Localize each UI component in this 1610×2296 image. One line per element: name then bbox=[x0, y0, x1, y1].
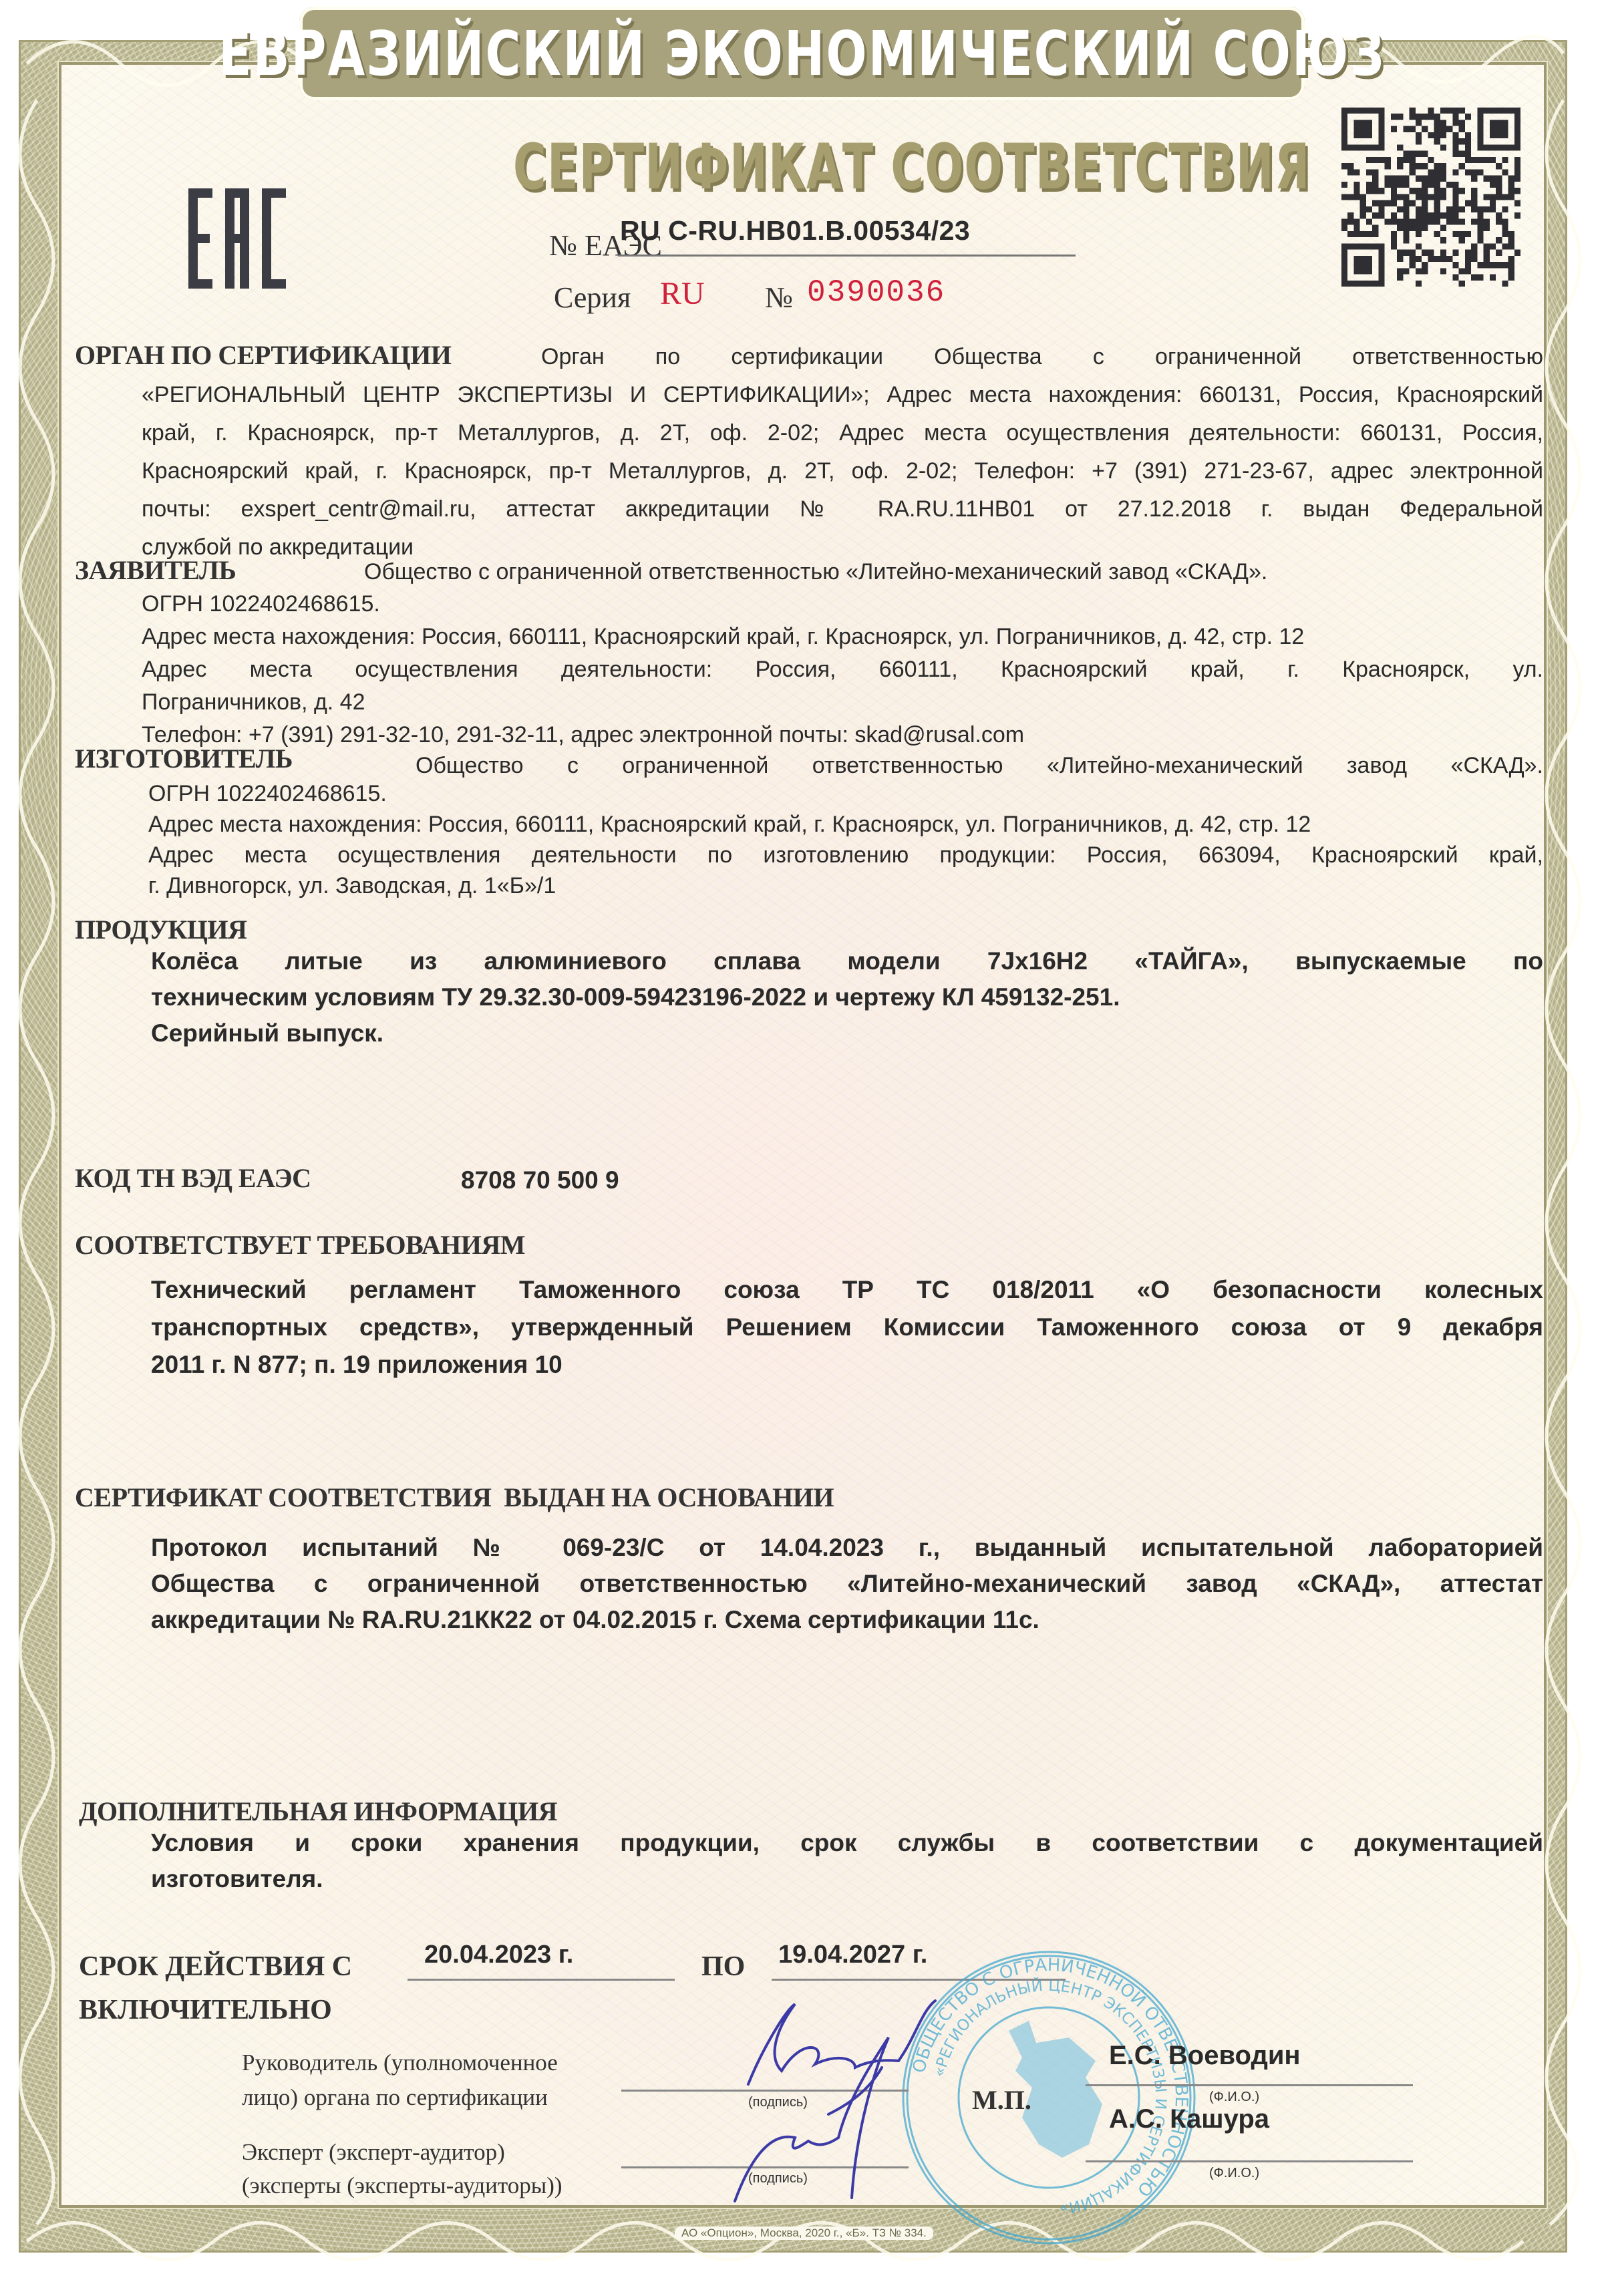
eac-letter-e bbox=[188, 188, 212, 289]
union-title: ЕВРАЗИЙСКИЙ ЭКОНОМИЧЕСКИЙ СОЮЗ bbox=[218, 18, 1386, 90]
series-value: RU bbox=[660, 275, 705, 312]
additional-info-heading: ДОПОЛНИТЕЛЬНАЯ ИНФОРМАЦИЯ bbox=[79, 1796, 557, 1827]
head-label-line1: Руководитель (уполномоченное bbox=[242, 2045, 558, 2080]
requirements-text: Технический регламент Таможенного союза … bbox=[151, 1271, 1543, 1383]
head-name: Е.С. Воеводин bbox=[1109, 2041, 1301, 2071]
manufacturer-details: ОГРН 1022402468615. Адрес места нахожден… bbox=[148, 778, 1543, 901]
certification-body-text: «РЕГИОНАЛЬНЫЙ ЦЕНТР ЭКСПЕРТИЗЫ И СЕРТИФИ… bbox=[142, 376, 1543, 566]
validity-to-label: ПО bbox=[701, 1951, 745, 1983]
series-label: Серия bbox=[554, 281, 631, 315]
head-label-line2: лицо) органа по сертификации bbox=[242, 2080, 548, 2115]
expert-name: А.С. Кашура bbox=[1109, 2104, 1269, 2134]
product-description: Колёса литые из алюминиевого сплава моде… bbox=[151, 943, 1543, 1051]
blank-number-value: 0390036 bbox=[807, 275, 945, 310]
hs-code-heading: КОД ТН ВЭД ЕАЭС bbox=[75, 1162, 311, 1194]
product-heading: ПРОДУКЦИЯ bbox=[75, 914, 247, 945]
head-name-line bbox=[1086, 2084, 1413, 2086]
eac-letter-c bbox=[262, 188, 286, 289]
expert-label-line2: (эксперты (эксперты-аудиторы)) bbox=[242, 2168, 562, 2203]
validity-from-underline bbox=[408, 1979, 675, 1981]
blank-number-label: № bbox=[765, 281, 793, 315]
validity-from-label: СРОК ДЕЙСТВИЯ С bbox=[79, 1951, 352, 1983]
applicant-details: ОГРН 1022402468615. Адрес места нахожден… bbox=[142, 588, 1543, 752]
validity-from-date: 20.04.2023 г. bbox=[424, 1941, 573, 1969]
applicant-name: Общество с ограниченной ответственностью… bbox=[364, 553, 1267, 591]
reg-number-value: RU C-RU.НВ01.В.00534/23 bbox=[620, 215, 970, 247]
expert-label-line1: Эксперт (эксперт-аудитор) bbox=[242, 2135, 505, 2170]
validity-inclusive-label: ВКЛЮЧИТЕЛЬНО bbox=[79, 1994, 332, 2026]
basis-text: Протокол испытаний № 069-23/С от 14.04.2… bbox=[151, 1530, 1543, 1638]
certification-body-heading: ОРГАН ПО СЕРТИФИКАЦИИ bbox=[75, 339, 451, 371]
manufacturer-heading: ИЗГОТОВИТЕЛЬ bbox=[75, 743, 293, 774]
additional-info-text: Условия и сроки хранения продукции, срок… bbox=[151, 1825, 1543, 1897]
printer-note: АО «Опцион», Москва, 2020 г., «Б». ТЗ № … bbox=[675, 2227, 933, 2240]
applicant-heading: ЗАЯВИТЕЛЬ bbox=[75, 554, 236, 586]
expert-name-caption: (Ф.И.О.) bbox=[1209, 2166, 1259, 2181]
eac-logo-icon bbox=[188, 188, 286, 289]
document-title: СЕРТИФИКАТ СООТВЕТСТВИЯ bbox=[513, 131, 1090, 204]
reg-number-underline bbox=[618, 255, 1076, 257]
hs-code-value: 8708 70 500 9 bbox=[461, 1161, 619, 1199]
qr-code-icon bbox=[1341, 107, 1520, 287]
head-name-caption: (Ф.И.О.) bbox=[1209, 2090, 1259, 2105]
requirements-heading: СООТВЕТСТВУЕТ ТРЕБОВАНИЯМ bbox=[75, 1229, 525, 1261]
union-banner: ЕВРАЗИЙСКИЙ ЭКОНОМИЧЕСКИЙ СОЮЗ bbox=[299, 7, 1305, 100]
basis-heading: СЕРТИФИКАТ СООТВЕТСТВИЯ ВЫДАН НА ОСНОВАН… bbox=[75, 1482, 834, 1513]
certification-body-line: Орган по сертификации Общества с огранич… bbox=[541, 338, 1543, 376]
expert-name-line bbox=[1086, 2160, 1413, 2162]
head-signature-icon bbox=[721, 1997, 1002, 2211]
eac-letter-a bbox=[225, 188, 249, 289]
